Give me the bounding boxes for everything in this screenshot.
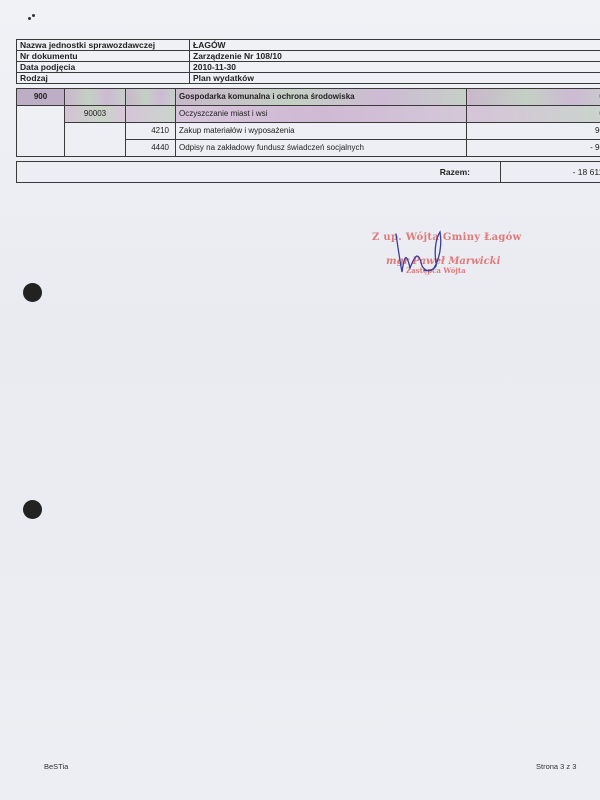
paragraph-row: 4210 Zakup materiałów i wyposażenia 96,0…: [17, 123, 600, 140]
meta-label: Nr dokumentu: [17, 51, 190, 62]
paragraph-amount: - 96,00: [467, 140, 600, 157]
dzial-code: 900: [17, 89, 65, 106]
footer-page-number: Strona 3 z 3: [536, 762, 576, 771]
meta-label: Rodzaj: [17, 73, 190, 84]
punch-hole-top: [23, 283, 42, 302]
meta-label: Data podjęcia: [17, 62, 190, 73]
rozdzial-name: Oczyszczanie miast i wsi: [176, 106, 467, 123]
rozdzial-amount: 0,00: [467, 106, 600, 123]
empty-cell: [126, 106, 176, 123]
empty-cell: [65, 89, 126, 106]
footer-app-name: BeSTia: [44, 762, 68, 771]
dzial-row: 900 Gospodarka komunalna i ochrona środo…: [17, 89, 600, 106]
empty-cell: [65, 123, 126, 157]
dzial-name: Gospodarka komunalna i ochrona środowisk…: [176, 89, 467, 106]
paragraph-amount: 96,00: [467, 123, 600, 140]
rozdzial-code: 90003: [65, 106, 126, 123]
empty-cell: [17, 106, 65, 157]
scan-specks: [28, 14, 38, 22]
meta-label: Nazwa jednostki sprawozdawczej: [17, 40, 190, 51]
total-table: Razem: - 18 611,00: [16, 161, 600, 183]
meta-value: Plan wydatków: [190, 73, 600, 84]
dzial-amount: 0,00: [467, 89, 600, 106]
total-label: Razem:: [17, 162, 501, 183]
punch-hole-bottom: [23, 500, 42, 519]
paragraph-name: Odpisy na zakładowy fundusz świadczeń so…: [176, 140, 467, 157]
meta-value: 2010-11-30: [190, 62, 600, 73]
handwritten-signature-icon: [390, 228, 460, 278]
meta-row: Data podjęcia 2010-11-30: [17, 62, 600, 73]
empty-cell: [126, 89, 176, 106]
meta-row: Nazwa jednostki sprawozdawczej ŁAGÓW: [17, 40, 600, 51]
rozdzial-row: 90003 Oczyszczanie miast i wsi 0,00: [17, 106, 600, 123]
paragraph-name: Zakup materiałów i wyposażenia: [176, 123, 467, 140]
budget-table: 900 Gospodarka komunalna i ochrona środo…: [16, 88, 600, 157]
paragraph-code: 4210: [126, 123, 176, 140]
meta-value: Zarządzenie Nr 108/10: [190, 51, 600, 62]
total-row: Razem: - 18 611,00: [17, 162, 600, 183]
paragraph-code: 4440: [126, 140, 176, 157]
meta-row: Rodzaj Plan wydatków: [17, 73, 600, 84]
document-meta-table: Nazwa jednostki sprawozdawczej ŁAGÓW Nr …: [16, 39, 600, 84]
meta-value: ŁAGÓW: [190, 40, 600, 51]
meta-row: Nr dokumentu Zarządzenie Nr 108/10: [17, 51, 600, 62]
total-amount: - 18 611,00: [501, 162, 600, 183]
